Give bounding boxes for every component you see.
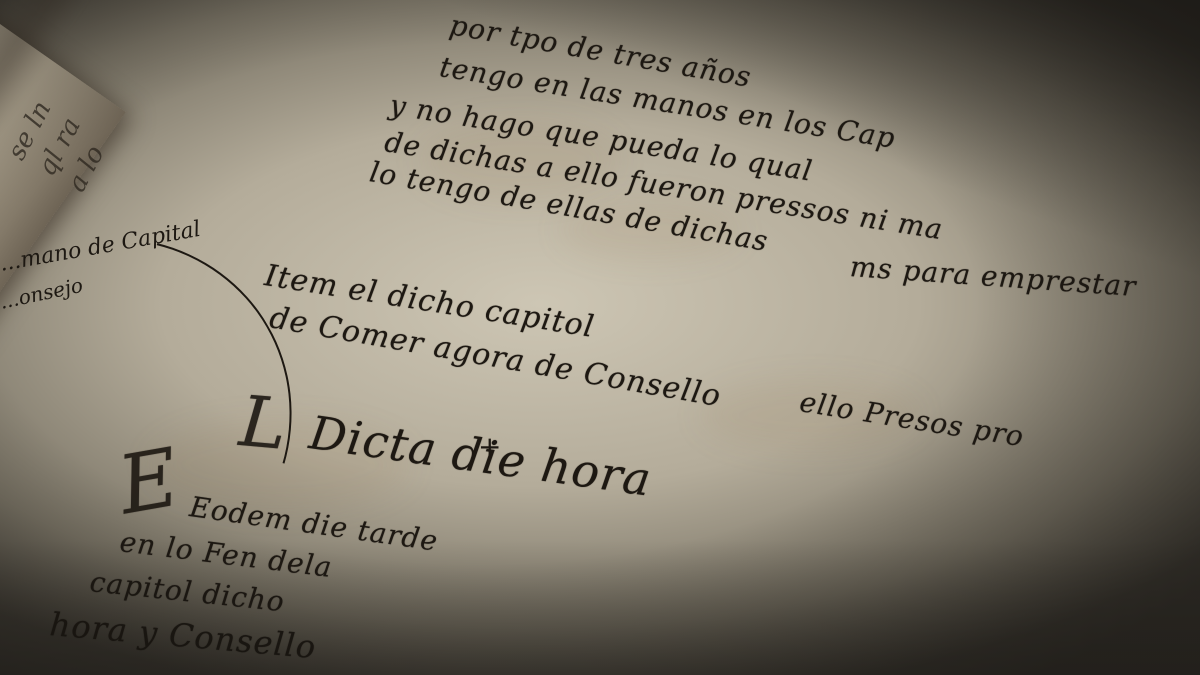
- large-initial: L: [236, 380, 290, 466]
- cross-mark: +: [478, 430, 501, 463]
- manuscript-photo: se ln ql ra a lo ...mano de Capital ...o…: [0, 0, 1200, 675]
- manuscript-line: ms para emprestar: [849, 250, 1138, 303]
